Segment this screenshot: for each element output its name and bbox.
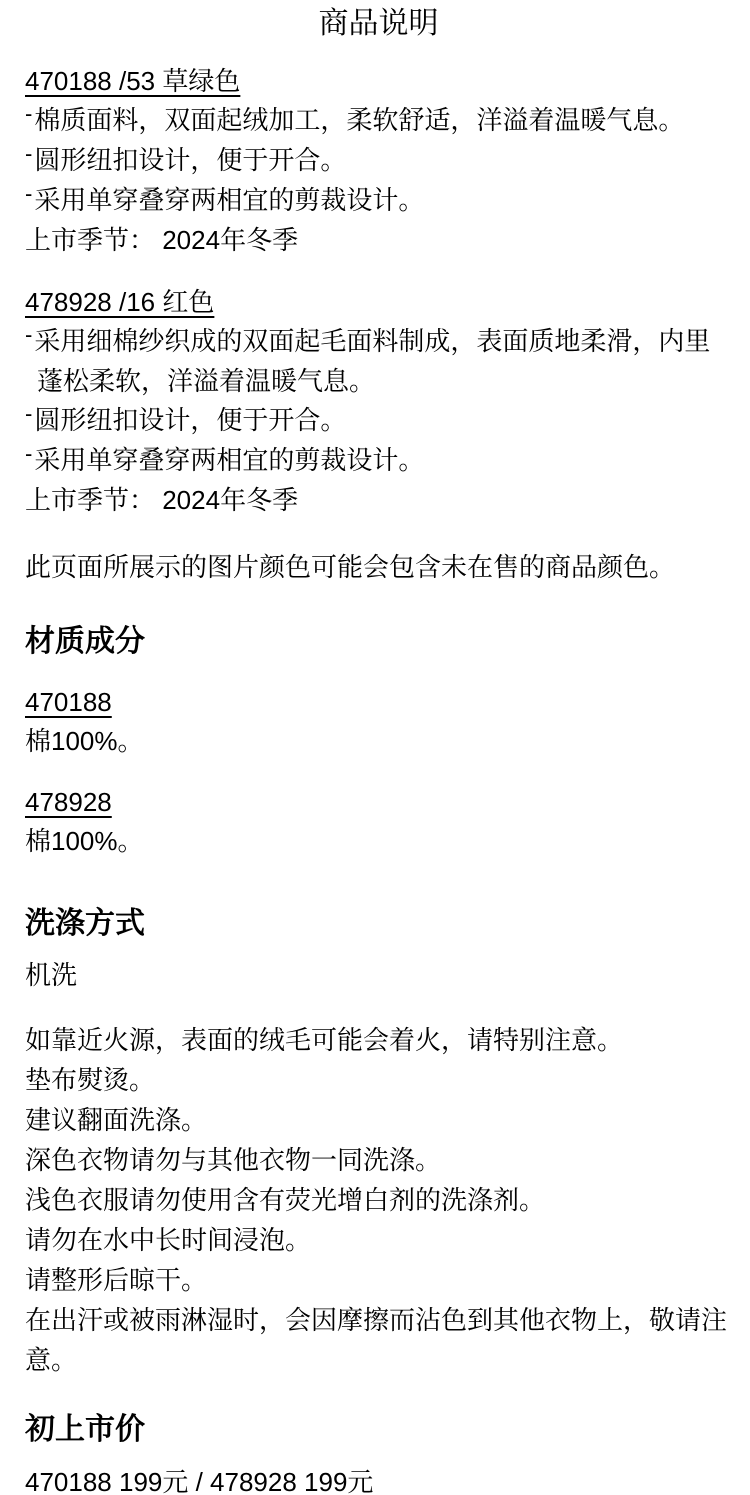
product-code-line: 478928 /16 红色 — [25, 283, 732, 322]
washing-note: 垫布熨烫。 — [25, 1060, 732, 1100]
washing-note: 请勿在水中长时间浸泡。 — [25, 1220, 732, 1260]
material-item-470188: 470188 棉100%。 — [25, 683, 732, 761]
product-feature-bullet: -采用单穿叠穿两相宜的剪裁设计。 — [25, 181, 732, 221]
bullet-dash: - — [25, 141, 34, 166]
washing-section-heading: 洗涤方式 — [25, 903, 732, 945]
product-feature-bullet: -采用细棉纱织成的双面起毛面料制成，表面质地柔滑，内里蓬松柔软，洋溢着温暖气息。 — [25, 322, 732, 401]
material-section-heading: 材质成分 — [25, 621, 732, 663]
product-section-470188: 470188 /53 草绿色 -棉质面料，双面起绒加工，柔软舒适，洋溢着温暖气息… — [25, 62, 732, 260]
material-item-code: 470188 — [25, 683, 732, 722]
washing-note: 在出汗或被雨淋湿时，会因摩擦而沾色到其他衣物上，敬请注意。 — [25, 1300, 732, 1380]
washing-note: 请整形后晾干。 — [25, 1260, 732, 1300]
bullet-text: 采用单穿叠穿两相宜的剪裁设计。 — [34, 445, 424, 475]
product-feature-bullet: -圆形纽扣设计，便于开合。 — [25, 401, 732, 441]
product-feature-bullet: -采用单穿叠穿两相宜的剪裁设计。 — [25, 441, 732, 481]
bullet-text: 圆形纽扣设计，便于开合。 — [34, 145, 346, 175]
bullet-text: 采用单穿叠穿两相宜的剪裁设计。 — [34, 185, 424, 215]
product-feature-bullet: -棉质面料，双面起绒加工，柔软舒适，洋溢着温暖气息。 — [25, 101, 732, 141]
content-area: 商品说明 470188 /53 草绿色 -棉质面料，双面起绒加工，柔软舒适，洋溢… — [0, 4, 750, 1495]
color-availability-notice: 此页面所展示的图片颜色可能会包含未在售的商品颜色。 — [25, 548, 732, 587]
bullet-dash: - — [25, 322, 34, 347]
washing-method: 机洗 — [25, 956, 732, 995]
material-item-code: 478928 — [25, 783, 732, 822]
page-title: 商品说明 — [25, 4, 732, 44]
washing-note: 深色衣物请勿与其他衣物一同洗涤。 — [25, 1140, 732, 1180]
product-feature-bullet: -圆形纽扣设计，便于开合。 — [25, 141, 732, 181]
product-code-line: 470188 /53 草绿色 — [25, 62, 732, 101]
bullet-text: 棉质面料，双面起绒加工，柔软舒适，洋溢着温暖气息。 — [34, 105, 684, 135]
product-description-page: 商品说明 470188 /53 草绿色 -棉质面料，双面起绒加工，柔软舒适，洋溢… — [0, 0, 750, 1495]
material-item-composition: 棉100%。 — [25, 722, 732, 761]
washing-note: 浅色衣服请勿使用含有荧光增白剂的洗涤剂。 — [25, 1180, 732, 1220]
bullet-text: 圆形纽扣设计，便于开合。 — [34, 405, 346, 435]
bullet-dash: - — [25, 401, 34, 426]
material-item-composition: 棉100%。 — [25, 822, 732, 861]
season-line: 上市季节： 2024年冬季 — [25, 221, 732, 260]
bullet-text: 采用细棉纱织成的双面起毛面料制成，表面质地柔滑，内里蓬松柔软，洋溢着温暖气息。 — [34, 326, 710, 396]
launch-price-line: 470188 199元 / 478928 199元 — [25, 1463, 732, 1495]
product-section-478928: 478928 /16 红色 -采用细棉纱织成的双面起毛面料制成，表面质地柔滑，内… — [25, 283, 732, 520]
bullet-dash: - — [25, 441, 34, 466]
washing-note: 建议翻面洗涤。 — [25, 1100, 732, 1140]
washing-notes: 如靠近火源，表面的绒毛可能会着火，请特别注意。 垫布熨烫。 建议翻面洗涤。 深色… — [25, 1020, 732, 1380]
washing-note: 如靠近火源，表面的绒毛可能会着火，请特别注意。 — [25, 1020, 732, 1060]
season-line: 上市季节： 2024年冬季 — [25, 481, 732, 520]
bullet-dash: - — [25, 181, 34, 206]
price-section-heading: 初上市价 — [25, 1409, 732, 1451]
bullet-dash: - — [25, 101, 34, 126]
material-item-478928: 478928 棉100%。 — [25, 783, 732, 861]
